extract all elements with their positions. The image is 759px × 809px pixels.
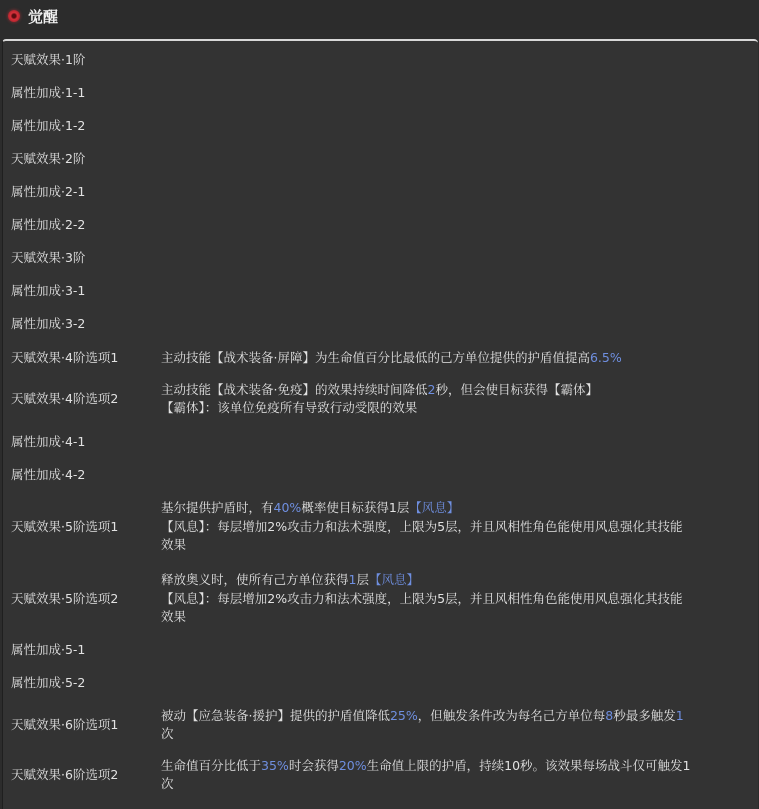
row-label: 天赋效果·4阶选项1 [11,349,118,367]
description-text: 生命值上限的护盾，持续10秒。该效果每场战斗仅可触发1 [367,758,691,773]
description-text: 次 [161,776,174,791]
description-text: 基尔提供护盾时，有 [161,500,274,515]
description-line: 次 [161,725,751,744]
description-line: 生命值百分比低于35%时会获得20%生命值上限的护盾，持续10秒。该效果每场战斗… [161,757,751,776]
row-description: 生命值百分比低于35%时会获得20%生命值上限的护盾，持续10秒。该效果每场战斗… [161,757,751,794]
row-description: 基尔提供护盾时，有40%概率使目标获得1层【风息】【风息】：每层增加2%攻击力和… [161,499,751,555]
row-description: 被动【应急装备·援护】提供的护盾值降低25%，但触发条件改为每名己方单位每8秒最… [161,707,751,744]
description-line: 效果 [161,608,751,627]
description-text: 主动技能【战术装备·屏障】为生命值百分比最低的己方单位提供的护盾值提高 [161,350,590,365]
highlight-value: 6.5% [590,350,622,365]
description-text: 时会获得 [289,758,339,773]
description-text: 层 [356,572,369,587]
row-label: 天赋效果·6阶选项1 [11,716,118,734]
highlight-value: 35% [261,758,289,773]
description-line: 效果 [161,536,751,555]
highlight-value: 【风息】 [369,572,419,587]
description-line: 基尔提供护盾时，有40%概率使目标获得1层【风息】 [161,499,751,518]
description-text: 概率使目标获得1层 [301,500,409,515]
highlight-value: 20% [339,758,367,773]
description-line: 被动【应急装备·援护】提供的护盾值降低25%，但触发条件改为每名己方单位每8秒最… [161,707,751,726]
row-description: 释放奥义时，使所有己方单位获得1层【风息】【风息】：每层增加2%攻击力和法术强度… [161,571,751,627]
description-text: 被动【应急装备·援护】提供的护盾值降低 [161,708,390,723]
row-label: 属性加成·1-2 [11,117,85,135]
description-line: 次 [161,775,751,794]
red-dot-icon [8,10,20,22]
description-text: 秒，但会使目标获得【霸体】 [435,382,598,397]
description-text: 主动技能【战术装备·免疫】的效果持续时间降低 [161,382,427,397]
highlight-value: 40% [274,500,302,515]
talent-table: 天赋效果·1阶属性加成·1-1属性加成·1-2天赋效果·2阶属性加成·2-1属性… [2,39,758,798]
row-label: 天赋效果·2阶 [11,150,85,168]
row-label: 属性加成·5-1 [11,641,85,659]
row-label: 属性加成·3-1 [11,282,85,300]
row-description: 主动技能【战术装备·屏障】为生命值百分比最低的己方单位提供的护盾值提高6.5% [161,349,751,368]
row-description: 主动技能【战术装备·免疫】的效果持续时间降低2秒，但会使目标获得【霸体】【霸体】… [161,381,751,418]
highlight-value: 25% [390,708,418,723]
description-line: 主动技能【战术装备·屏障】为生命值百分比最低的己方单位提供的护盾值提高6.5% [161,349,751,368]
description-text: 【风息】：每层增加2%攻击力和法术强度，上限为5层，并且风相性角色能使用风息强化… [161,591,683,606]
row-label: 天赋效果·5阶选项2 [11,590,118,608]
description-line: 主动技能【战术装备·免疫】的效果持续时间降低2秒，但会使目标获得【霸体】 [161,381,751,400]
row-label: 天赋效果·1阶 [11,51,85,69]
row-label: 属性加成·2-1 [11,183,85,201]
description-line: 释放奥义时，使所有己方单位获得1层【风息】 [161,571,751,590]
description-text: 效果 [161,609,186,624]
row-label: 属性加成·2-2 [11,216,85,234]
highlight-value: 【风息】 [409,500,459,515]
row-label: 属性加成·4-1 [11,433,85,451]
description-text: 次 [161,726,174,741]
description-text: 效果 [161,537,186,552]
description-text: ，但触发条件改为每名己方单位每 [418,708,606,723]
row-label: 属性加成·4-2 [11,466,85,484]
row-label: 天赋效果·3阶 [11,249,85,267]
section-title: 觉醒 [28,6,58,28]
row-label: 属性加成·5-2 [11,674,85,692]
row-label: 属性加成·1-1 [11,84,85,102]
description-line: 【风息】：每层增加2%攻击力和法术强度，上限为5层，并且风相性角色能使用风息强化… [161,518,751,537]
description-text: 【风息】：每层增加2%攻击力和法术强度，上限为5层，并且风相性角色能使用风息强化… [161,519,683,534]
row-label: 天赋效果·6阶选项2 [11,766,118,784]
description-text: 秒最多触发 [613,708,676,723]
row-label: 属性加成·3-2 [11,315,85,333]
section-header: 觉醒 [0,0,759,38]
description-line: 【风息】：每层增加2%攻击力和法术强度，上限为5层，并且风相性角色能使用风息强化… [161,590,751,609]
row-label: 天赋效果·5阶选项1 [11,518,118,536]
description-text: 释放奥义时，使所有己方单位获得 [161,572,349,587]
highlight-value: 1 [676,708,684,723]
description-line: 【霸体】：该单位免疫所有导致行动受限的效果 [161,399,751,418]
row-label: 天赋效果·4阶选项2 [11,390,118,408]
description-text: 生命值百分比低于 [161,758,261,773]
description-text: 【霸体】：该单位免疫所有导致行动受限的效果 [161,400,417,415]
